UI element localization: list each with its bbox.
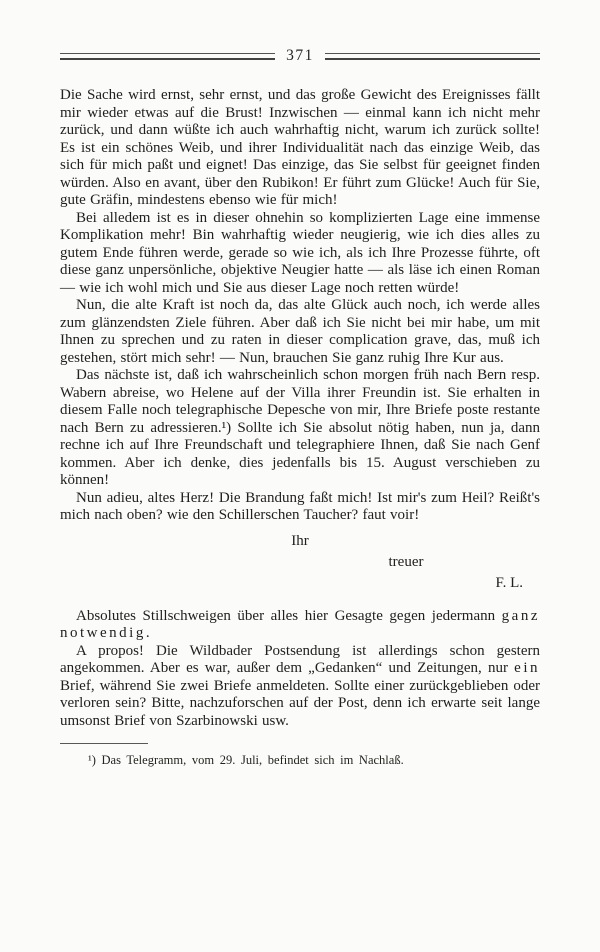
postscript: Absolutes Stillschweigen über alles hier… bbox=[60, 608, 540, 731]
text-segment: Bei alledem ist es in dieser ohnehin so … bbox=[60, 210, 540, 296]
letter-body: Die Sache wird ernst, sehr ernst, und da… bbox=[60, 87, 540, 525]
text-segment: Nun, die alte Kraft ist noch da, das alt… bbox=[60, 297, 540, 366]
signature-initials: F. L. bbox=[60, 573, 540, 594]
paragraph: Nun adieu, altes Herz! Die Brandung faßt… bbox=[60, 490, 540, 525]
text-segment: Die Sache wird ernst, sehr ernst, und da… bbox=[60, 87, 540, 208]
text-segment: Brief, während Sie zwei Briefe anmeldete… bbox=[60, 678, 540, 729]
text-segment: Nun adieu, altes Herz! Die Brandung faßt… bbox=[60, 490, 540, 524]
paragraph: Das nächste ist, daß ich wahrscheinlich … bbox=[60, 367, 540, 490]
text-segment: Absolutes Stillschweigen über alles hier… bbox=[76, 608, 502, 624]
paragraph: Bei alledem ist es in dieser ohnehin so … bbox=[60, 210, 540, 298]
paragraph: Nun, die alte Kraft ist noch da, das alt… bbox=[60, 297, 540, 367]
paragraph: Absolutes Stillschweigen über alles hier… bbox=[60, 608, 540, 643]
footnote-text: ¹) Das Telegramm, vom 29. Juli, befindet… bbox=[60, 753, 540, 768]
header-rule-right bbox=[325, 53, 540, 60]
signature-treuer: treuer bbox=[60, 552, 540, 573]
page-number: 371 bbox=[284, 48, 316, 64]
paragraph: Die Sache wird ernst, sehr ernst, und da… bbox=[60, 87, 540, 210]
text-segment: Das nächste ist, daß ich wahrscheinlich … bbox=[60, 367, 540, 488]
emphasized-spaced-text: ein bbox=[514, 660, 540, 676]
signature-block: Ihr treuer F. L. bbox=[60, 531, 540, 594]
header-rule-left bbox=[60, 53, 275, 60]
book-page: 371 Die Sache wird ernst, sehr ernst, un… bbox=[0, 0, 600, 952]
footnote-rule bbox=[60, 743, 148, 744]
signature-ihr: Ihr bbox=[60, 531, 540, 552]
paragraph: A propos! Die Wildbader Postsendung ist … bbox=[60, 643, 540, 731]
running-head: 371 bbox=[60, 47, 540, 65]
text-segment: A propos! Die Wildbader Postsendung ist … bbox=[60, 643, 540, 677]
